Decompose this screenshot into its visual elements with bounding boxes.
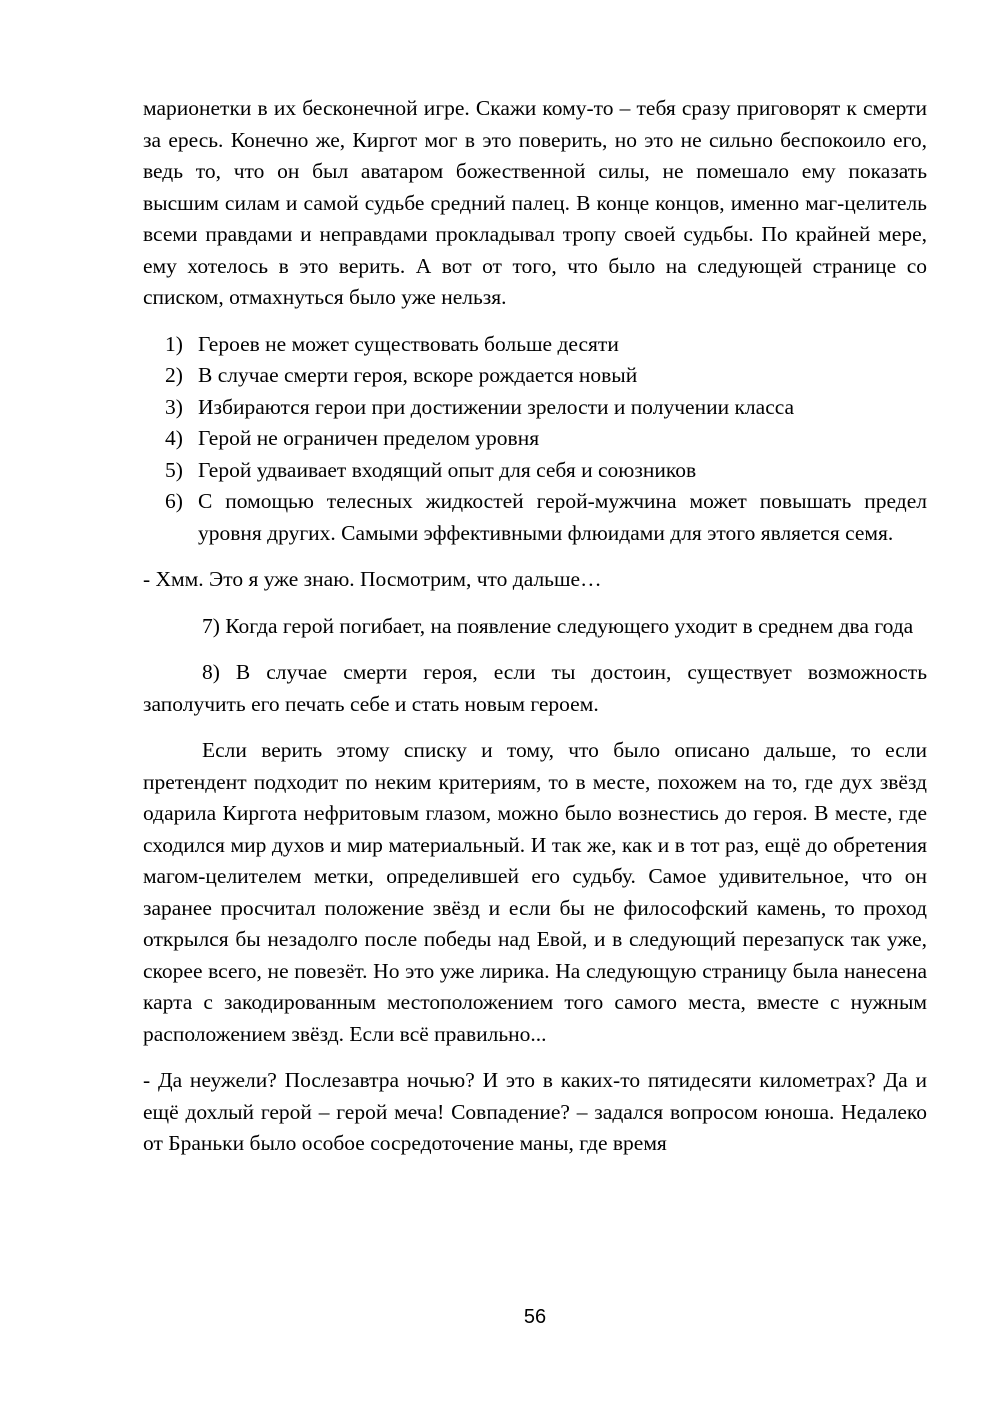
paragraph-item-8: 8) В случае смерти героя, если ты достои… xyxy=(143,657,927,720)
list-item-1: 1) Героев не может существовать больше д… xyxy=(143,329,927,361)
page-text-column: марионетки в их бесконечной игре. Скажи … xyxy=(143,93,927,1175)
list-item-text: Герой не ограничен пределом уровня xyxy=(198,426,539,450)
list-item-6: 6) С помощью телесных жидкостей герой-му… xyxy=(143,486,927,549)
paragraph-body: Если верить этому списку и тому, что был… xyxy=(143,735,927,1050)
numbered-list: 1) Героев не может существовать больше д… xyxy=(143,329,927,550)
list-item-number: 6) xyxy=(165,486,183,518)
list-item-number: 1) xyxy=(165,329,183,361)
document-page: марионетки в их бесконечной игре. Скажи … xyxy=(0,0,1000,1414)
list-item-text: В случае смерти героя, вскоре рождается … xyxy=(198,363,637,387)
paragraph-item-7: 7) Когда герой погибает, на появление сл… xyxy=(143,611,927,643)
list-item-5: 5) Герой удваивает входящий опыт для себ… xyxy=(143,455,927,487)
list-item-4: 4) Герой не ограничен пределом уровня xyxy=(143,423,927,455)
list-item-text: С помощью телесных жидкостей герой-мужчи… xyxy=(198,489,927,545)
list-item-text: Избираются герои при достижении зрелости… xyxy=(198,395,794,419)
paragraph-intro: марионетки в их бесконечной игре. Скажи … xyxy=(143,93,927,314)
list-item-3: 3) Избираются герои при достижении зрело… xyxy=(143,392,927,424)
list-item-2: 2) В случае смерти героя, вскоре рождает… xyxy=(143,360,927,392)
dialogue-line-2: - Да неужели? Послезавтра ночью? И это в… xyxy=(143,1065,927,1160)
list-item-text: Героев не может существовать больше деся… xyxy=(198,332,619,356)
dialogue-line-1: - Хмм. Это я уже знаю. Посмотрим, что да… xyxy=(143,564,927,596)
list-item-number: 4) xyxy=(165,423,183,455)
list-item-number: 3) xyxy=(165,392,183,424)
list-item-number: 5) xyxy=(165,455,183,487)
list-item-number: 2) xyxy=(165,360,183,392)
page-number: 56 xyxy=(143,1306,927,1329)
list-item-text: Герой удваивает входящий опыт для себя и… xyxy=(198,458,696,482)
